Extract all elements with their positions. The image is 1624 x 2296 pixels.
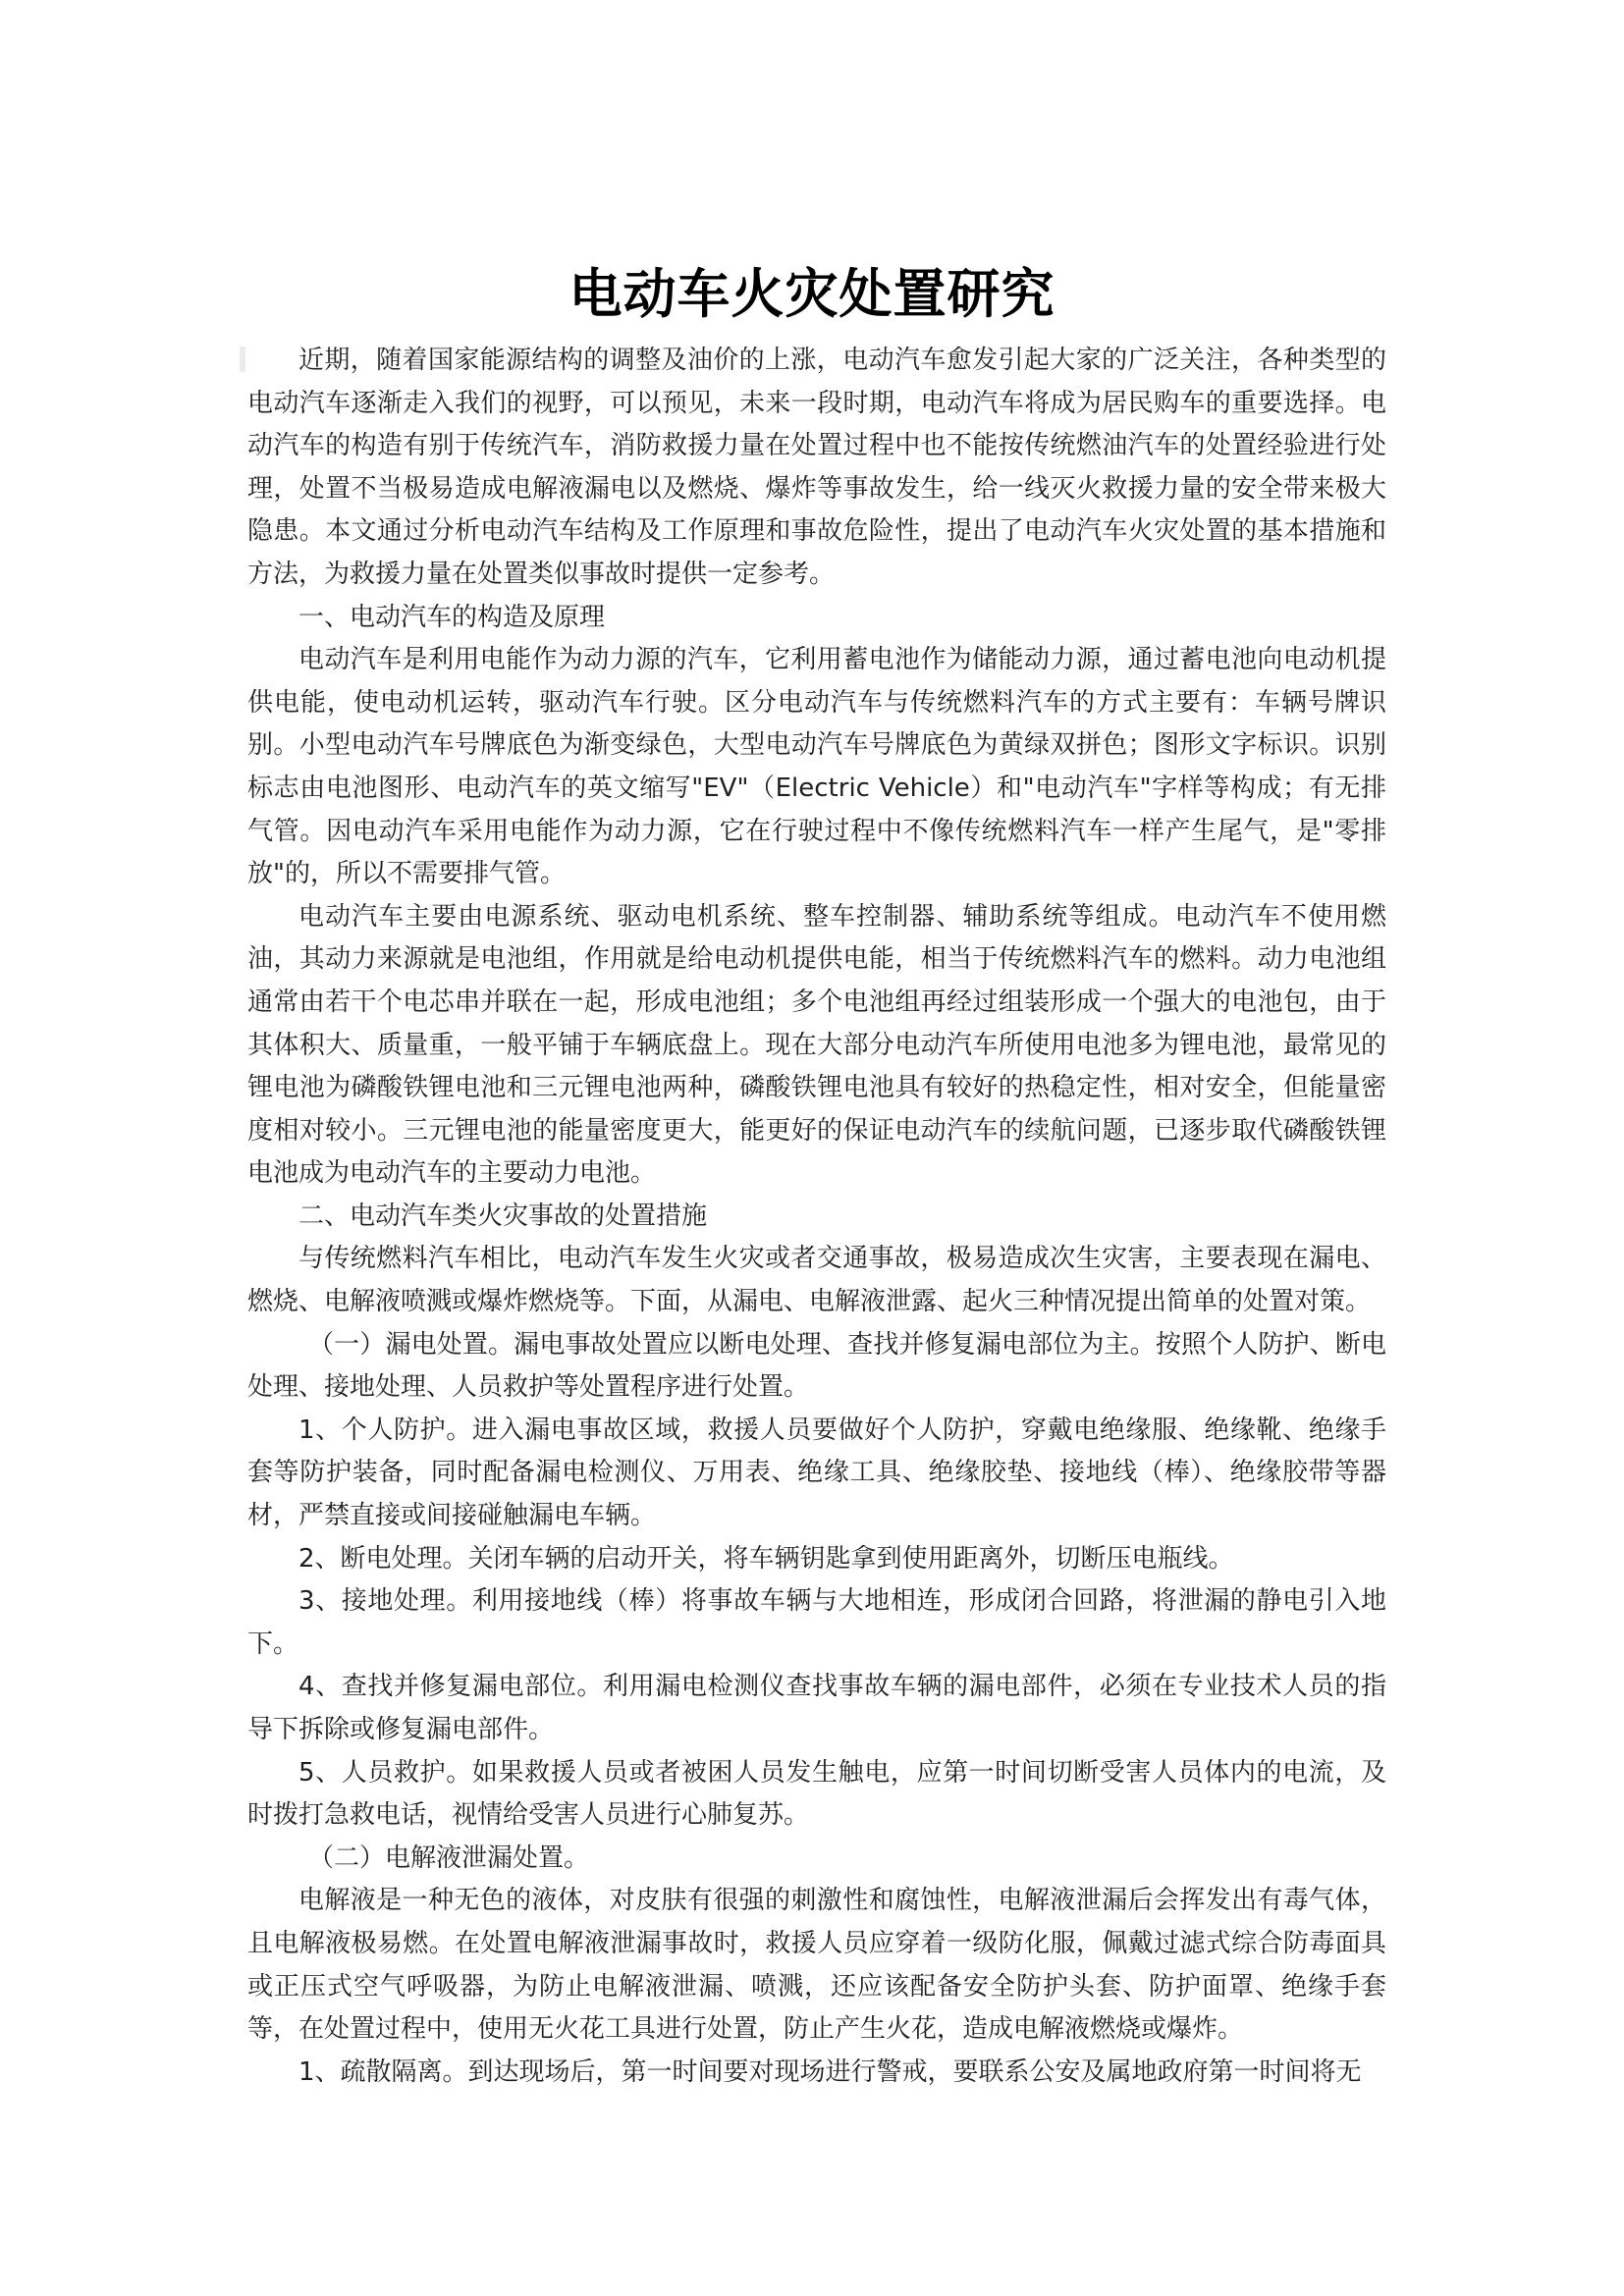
heading-section-2: 二、电动汽车类火灾事故的处置措施 xyxy=(247,1196,1386,1239)
paragraph-ev-definition: 电动汽车是利用电能作为动力源的汽车，它利用蓄电池作为储能动力源，通过蓄电池向电动… xyxy=(247,639,1386,896)
quote-bar-decoration xyxy=(240,347,245,372)
document-body: 近期，随着国家能源结构的调整及油价的上涨，电动汽车愈发引起大家的广泛关注，各种类… xyxy=(247,340,1386,2094)
list-item-personal-protection: 1、个人防护。进入漏电事故区域，救援人员要做好个人防护，穿戴电绝缘服、绝缘靴、绝… xyxy=(247,1410,1386,1538)
document-title: 电动车火灾处置研究 xyxy=(0,259,1624,330)
heading-section-1: 一、电动汽车的构造及原理 xyxy=(247,597,1386,640)
subheading-electrolyte: （二）电解液泄漏处置。 xyxy=(247,1838,1386,1881)
list-item-evacuation: 1、疏散隔离。到达现场后，第一时间要对现场进行警戒，要联系公安及属地政府第一时间… xyxy=(247,2052,1386,2095)
list-item-grounding: 3、接地处理。利用接地线（棒）将事故车辆与大地相连，形成闭合回路，将泄漏的静电引… xyxy=(247,1580,1386,1666)
paragraph-intro: 近期，随着国家能源结构的调整及油价的上涨，电动汽车愈发引起大家的广泛关注，各种类… xyxy=(247,340,1386,597)
paragraph-ev-composition: 电动汽车主要由电源系统、驱动电机系统、整车控制器、辅助系统等组成。电动汽车不使用… xyxy=(247,896,1386,1196)
paragraph-electrolyte: 电解液是一种无色的液体，对皮肤有很强的刺激性和腐蚀性，电解液泄漏后会挥发出有毒气… xyxy=(247,1880,1386,2051)
list-item-rescue: 5、人员救护。如果救援人员或者被困人员发生触电，应第一时间切断受害人员体内的电流… xyxy=(247,1752,1386,1838)
list-item-power-off: 2、断电处理。关闭车辆的启动开关，将车辆钥匙拿到使用距离外，切断压电瓶线。 xyxy=(247,1538,1386,1581)
subheading-leakage: （一）漏电处置。漏电事故处置应以断电处理、查找并修复漏电部位为主。按照个人防护、… xyxy=(247,1324,1386,1410)
paragraph-section-2-intro: 与传统燃料汽车相比，电动汽车发生火灾或者交通事故，极易造成次生灾害，主要表现在漏… xyxy=(247,1238,1386,1323)
list-item-repair: 4、查找并修复漏电部位。利用漏电检测仪查找事故车辆的漏电部件，必须在专业技术人员… xyxy=(247,1666,1386,1751)
